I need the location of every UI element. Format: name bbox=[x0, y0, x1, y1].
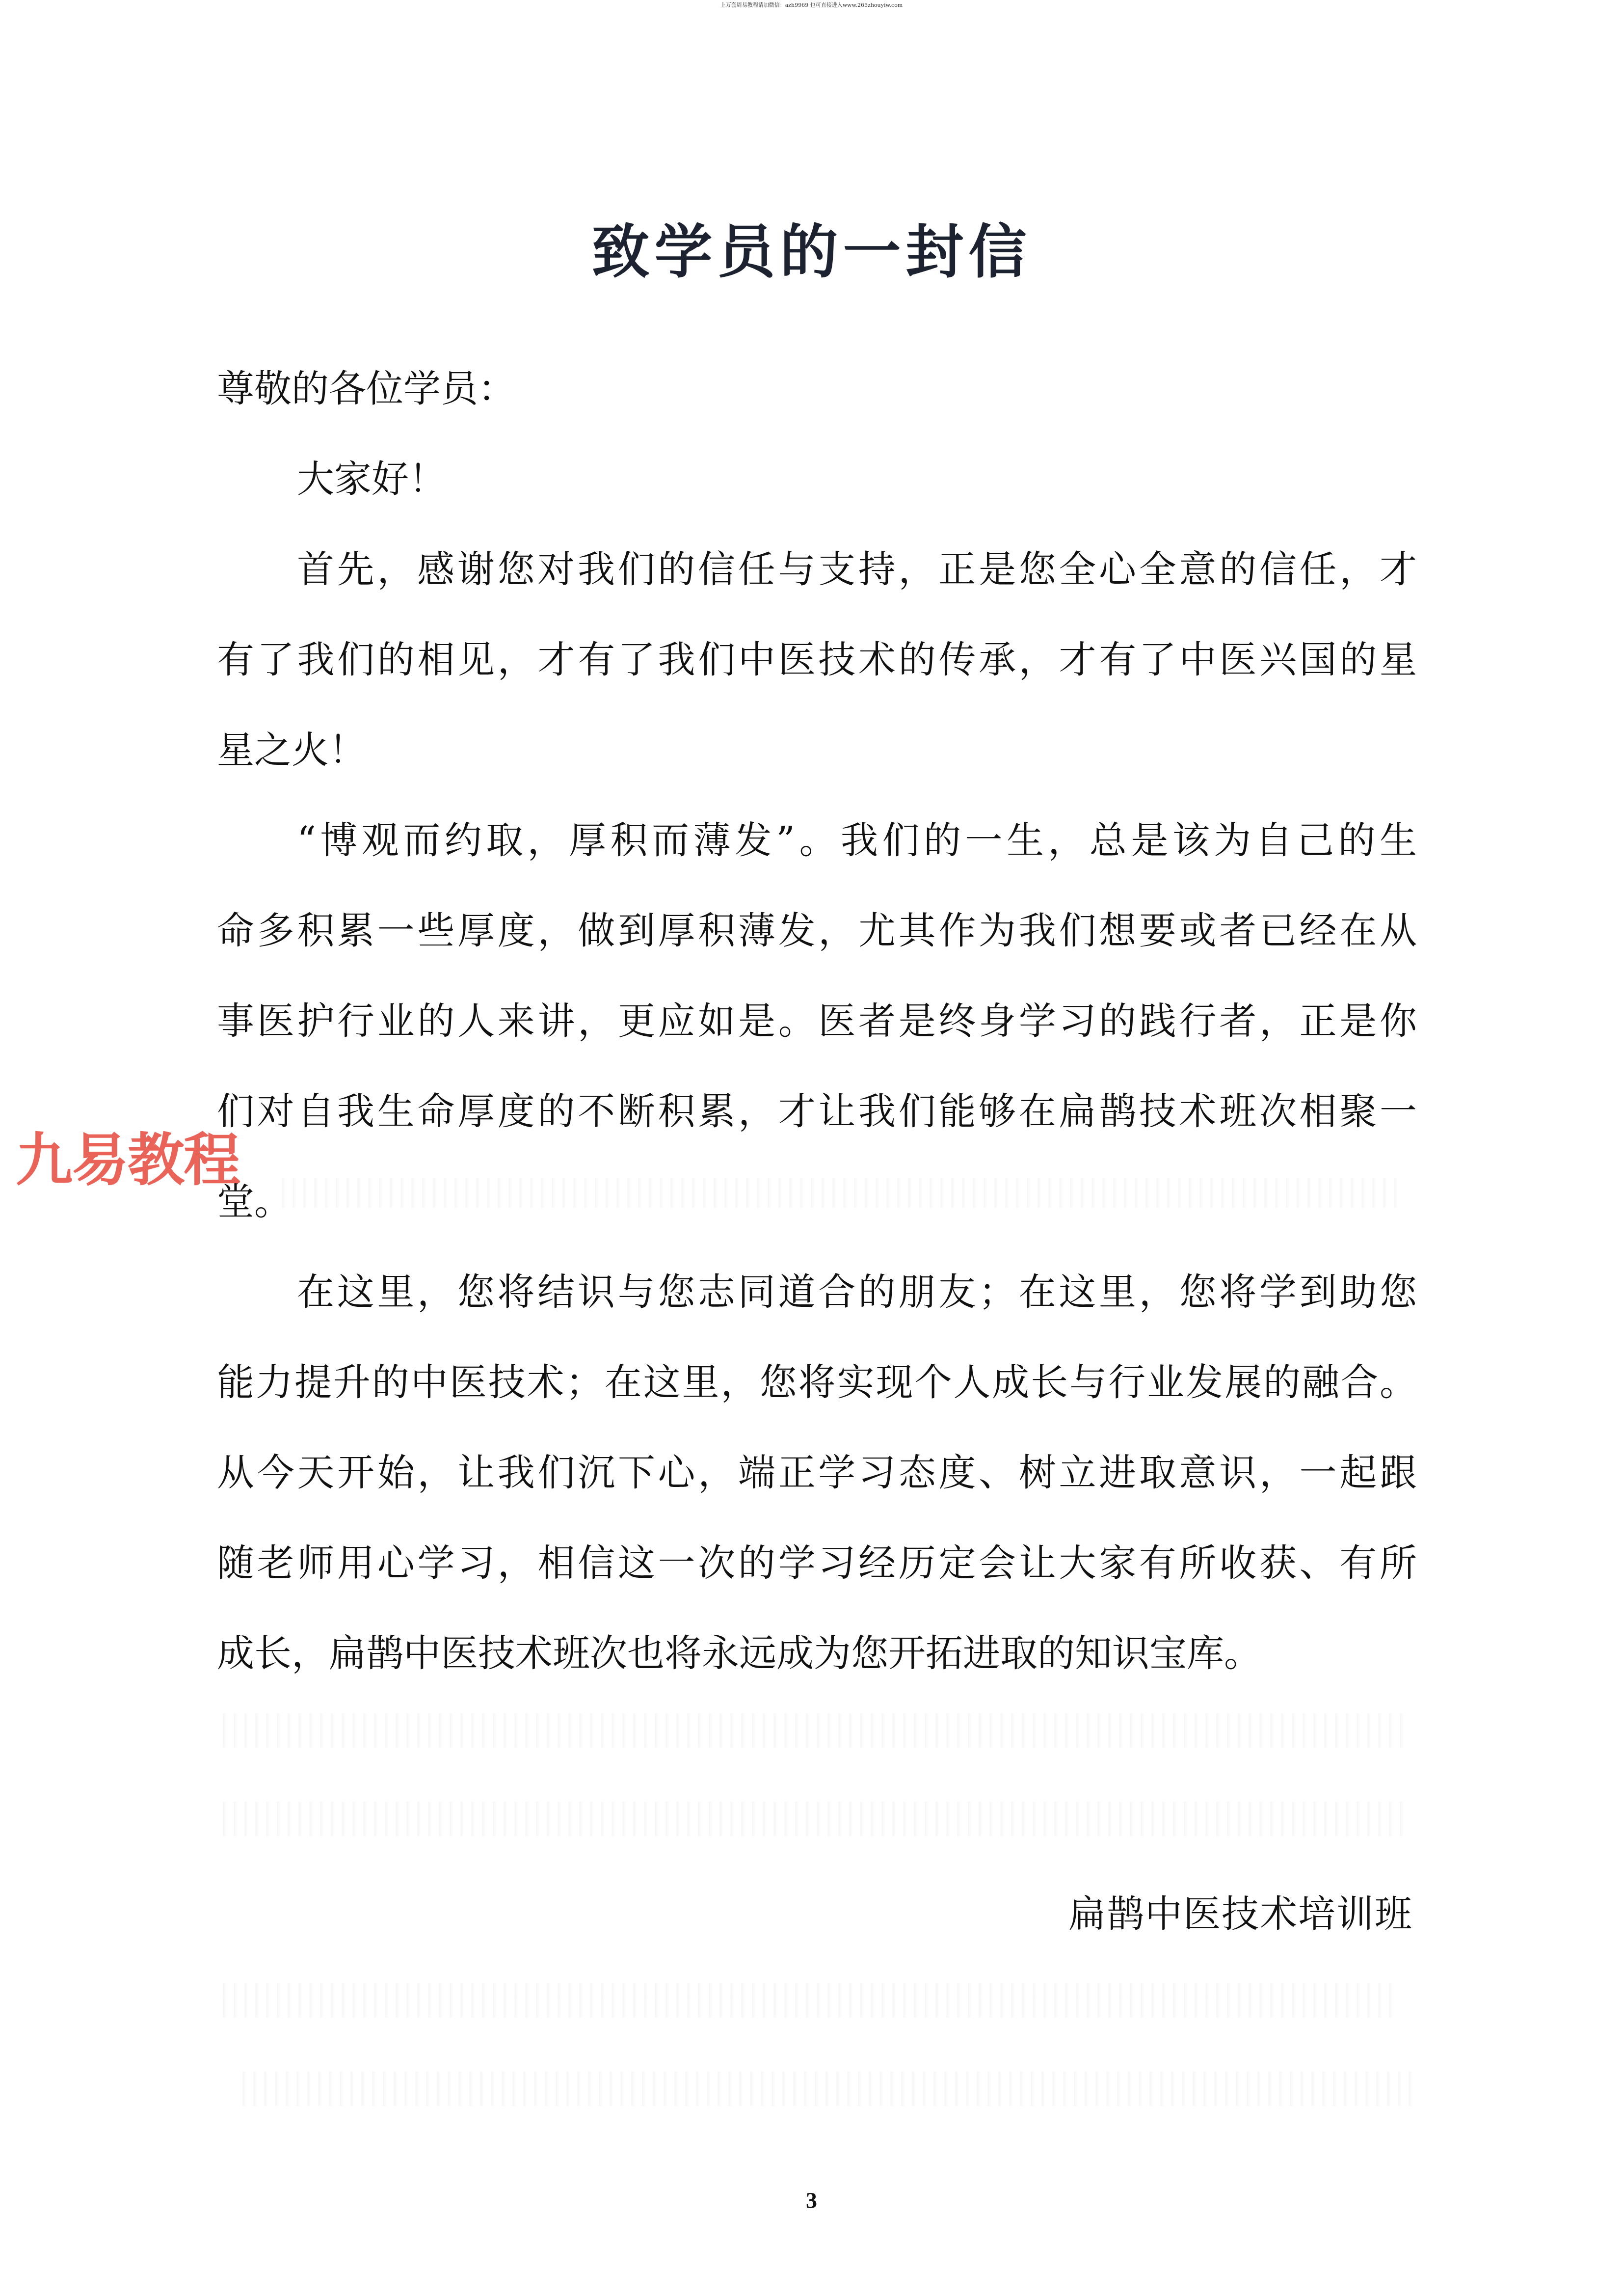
bleed-through-band bbox=[216, 1713, 1404, 1748]
salutation: 尊敬的各位学员： bbox=[217, 344, 515, 434]
paragraph-1-line-3: 星之火！ bbox=[217, 705, 366, 795]
paragraph-3-line-2: 能力提升的中医技术；在这里，您将实现个人成长与行业发展的融合。 bbox=[217, 1337, 1417, 1428]
paragraph-2-line-3: 事医护行业的人来讲，更应如是。医者是终身学习的践行者，正是你 bbox=[217, 976, 1417, 1066]
bleed-through-band bbox=[216, 1802, 1404, 1836]
paragraph-3-line-5: 成长，扁鹊中医技术班次也将永远成为您开拓进取的知识宝库。 bbox=[217, 1608, 1261, 1699]
page-number: 3 bbox=[0, 2188, 1623, 2214]
paragraph-3-line-1: 在这里，您将结识与您志同道合的朋友；在这里，您将学到助您 bbox=[297, 1247, 1417, 1337]
paragraph-1-line-2: 有了我们的相见，才有了我们中医技术的传承，才有了中医兴国的星 bbox=[217, 615, 1417, 705]
paragraph-2-line-1: “博观而约取，厚积而薄发”。我们的一生，总是该为自己的生 bbox=[297, 795, 1417, 886]
signature: 扁鹊中医技术培训班 bbox=[1068, 1884, 1413, 1938]
greeting: 大家好！ bbox=[297, 434, 1417, 524]
paragraph-2-line-2: 命多积累一些厚度，做到厚积薄发，尤其作为我们想要或者已经在从 bbox=[217, 886, 1417, 976]
watermark-logo: 九易教程 bbox=[16, 1114, 239, 1196]
paragraph-2-line-4: 们对自我生命厚度的不断积累，才让我们能够在扁鹊技术班次相聚一 bbox=[217, 1066, 1417, 1157]
paragraph-3-line-4: 随老师用心学习，相信这一次的学习经历定会让大家有所收获、有所 bbox=[217, 1518, 1417, 1608]
bleed-through-band bbox=[275, 1178, 1404, 1208]
paragraph-1-line-1: 首先，感谢您对我们的信任与支持，正是您全心全意的信任，才 bbox=[297, 524, 1417, 615]
bleed-through-band bbox=[216, 1983, 1394, 2018]
header-notice: 上万套周易教程请加微信：azh9969 也可直接进入www.265zhouyiw… bbox=[0, 1, 1623, 9]
bleed-through-band bbox=[236, 2072, 1413, 2106]
paragraph-3-line-3: 从今天开始，让我们沉下心，端正学习态度、树立进取意识，一起跟 bbox=[217, 1428, 1417, 1518]
page-title: 致学员的一封信 bbox=[0, 205, 1623, 289]
